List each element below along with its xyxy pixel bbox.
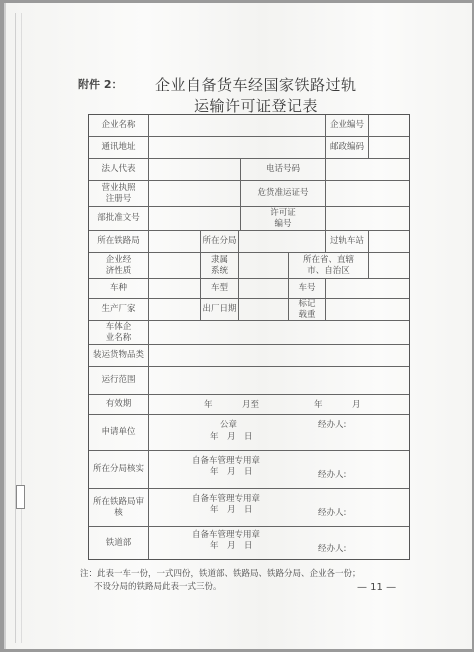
label-car-type: 车种	[89, 279, 149, 299]
validity-month-2: 月	[352, 399, 361, 411]
mailing-address-field[interactable]	[149, 137, 326, 159]
enterprise-code-field[interactable]	[369, 115, 409, 137]
sub-bureau-field[interactable]	[239, 231, 326, 253]
label-enterprise-name: 企业名称	[89, 115, 149, 137]
label-car-model: 车型	[201, 279, 239, 299]
body-enterprise-field[interactable]	[149, 321, 409, 345]
label-enterprise-code: 企业编号	[326, 115, 369, 137]
business-license-field[interactable]	[149, 181, 241, 207]
label-body-enterprise: 车体企 业名称	[89, 321, 149, 345]
ministry-handler: 经办人:	[318, 543, 346, 555]
label-validity: 有效期	[89, 395, 149, 415]
footnote-line-1: 注：此表一车一份，一式四份，铁道部、铁路局、铁路分局、企业各一份；	[80, 568, 361, 581]
binding-edge	[15, 13, 22, 643]
label-legal-rep: 法人代表	[89, 159, 149, 181]
validity-field[interactable]	[149, 395, 409, 415]
ministry-date: 年 月 日	[210, 540, 253, 552]
label-car-number: 车号	[289, 279, 326, 299]
operating-range-field[interactable]	[149, 367, 409, 395]
label-ministry-approval: 部批准文号	[89, 207, 149, 231]
car-model-field[interactable]	[239, 279, 289, 299]
applicant-date: 年 月 日	[210, 431, 253, 443]
label-factory-date: 出厂日期	[201, 299, 239, 321]
postal-code-field[interactable]	[369, 137, 409, 159]
label-sub-bureau-verify: 所在分局核实	[89, 451, 149, 489]
footnote-line-2: 不设分局的铁路局此表一式三份。	[80, 581, 361, 594]
label-postal-code: 邮政编码	[326, 137, 369, 159]
label-economic-nature: 企业经 济性质	[89, 253, 149, 279]
label-phone: 电话号码	[241, 159, 326, 181]
attachment-label: 附件 2：	[78, 76, 122, 92]
sub-bureau-handler: 经办人:	[318, 469, 346, 481]
label-rated-load: 标记 载重	[289, 299, 326, 321]
legal-rep-field[interactable]	[149, 159, 241, 181]
registration-form: 企业名称 企业编号 通讯地址 邮政编码 法人代表 电话号码 营业执照 注册号 危…	[88, 114, 410, 560]
label-transit-station: 过轨车站	[326, 231, 369, 253]
phone-field[interactable]	[326, 159, 409, 181]
label-applicant: 申请单位	[89, 415, 149, 451]
sub-bureau-verify-area[interactable]	[149, 451, 409, 489]
rated-load-field[interactable]	[326, 299, 409, 321]
label-affiliated-system: 隶属 系统	[201, 253, 239, 279]
ministry-approval-field[interactable]	[149, 207, 241, 231]
title-line-1: 企业自备货车经国家铁路过轨	[155, 74, 357, 95]
label-hazmat-permit: 危货准运证号	[241, 181, 326, 207]
sub-bureau-date: 年 月 日	[210, 466, 253, 478]
province-field[interactable]	[369, 253, 409, 279]
validity-year-1: 年	[204, 399, 213, 411]
manufacturer-field[interactable]	[149, 299, 201, 321]
label-ministry: 铁道部	[89, 527, 149, 559]
transit-station-field[interactable]	[369, 231, 409, 253]
validity-year-2: 年	[314, 399, 323, 411]
page-number: — 11 —	[357, 582, 396, 593]
label-business-license: 营业执照 注册号	[89, 181, 149, 207]
validity-month-to: 月至	[242, 399, 259, 411]
applicant-signature-area[interactable]	[149, 415, 409, 451]
label-sub-bureau: 所在分局	[201, 231, 239, 253]
railway-bureau-field[interactable]	[149, 231, 201, 253]
ministry-area[interactable]	[149, 527, 409, 559]
enterprise-name-field[interactable]	[149, 115, 326, 137]
license-no-field[interactable]	[326, 207, 409, 231]
car-type-field[interactable]	[149, 279, 201, 299]
applicant-handler: 经办人:	[318, 419, 346, 431]
label-operating-range: 运行范围	[89, 367, 149, 395]
applicant-seal: 公章	[220, 419, 237, 431]
factory-date-field[interactable]	[239, 299, 289, 321]
binder-clip	[16, 485, 25, 509]
label-railway-bureau-review: 所在铁路局审核	[89, 489, 149, 527]
car-number-field[interactable]	[326, 279, 409, 299]
railway-bureau-date: 年 月 日	[210, 504, 253, 516]
label-manufacturer: 生产厂家	[89, 299, 149, 321]
label-cargo-type: 装运货物品类	[89, 345, 149, 367]
label-province: 所在省、直辖 市、自治区	[289, 253, 369, 279]
cargo-type-field[interactable]	[149, 345, 409, 367]
title-line-2: 运输许可证登记表	[194, 95, 318, 116]
label-license-no: 许可证 编号	[241, 207, 326, 231]
footnote: 注：此表一车一份，一式四份，铁道部、铁路局、铁路分局、企业各一份； 不设分局的铁…	[80, 568, 361, 594]
economic-nature-field[interactable]	[149, 253, 201, 279]
affiliated-system-field[interactable]	[239, 253, 289, 279]
label-mailing-address: 通讯地址	[89, 137, 149, 159]
railway-bureau-handler: 经办人:	[318, 507, 346, 519]
label-railway-bureau: 所在铁路局	[89, 231, 149, 253]
railway-bureau-review-area[interactable]	[149, 489, 409, 527]
hazmat-permit-field[interactable]	[326, 181, 409, 207]
